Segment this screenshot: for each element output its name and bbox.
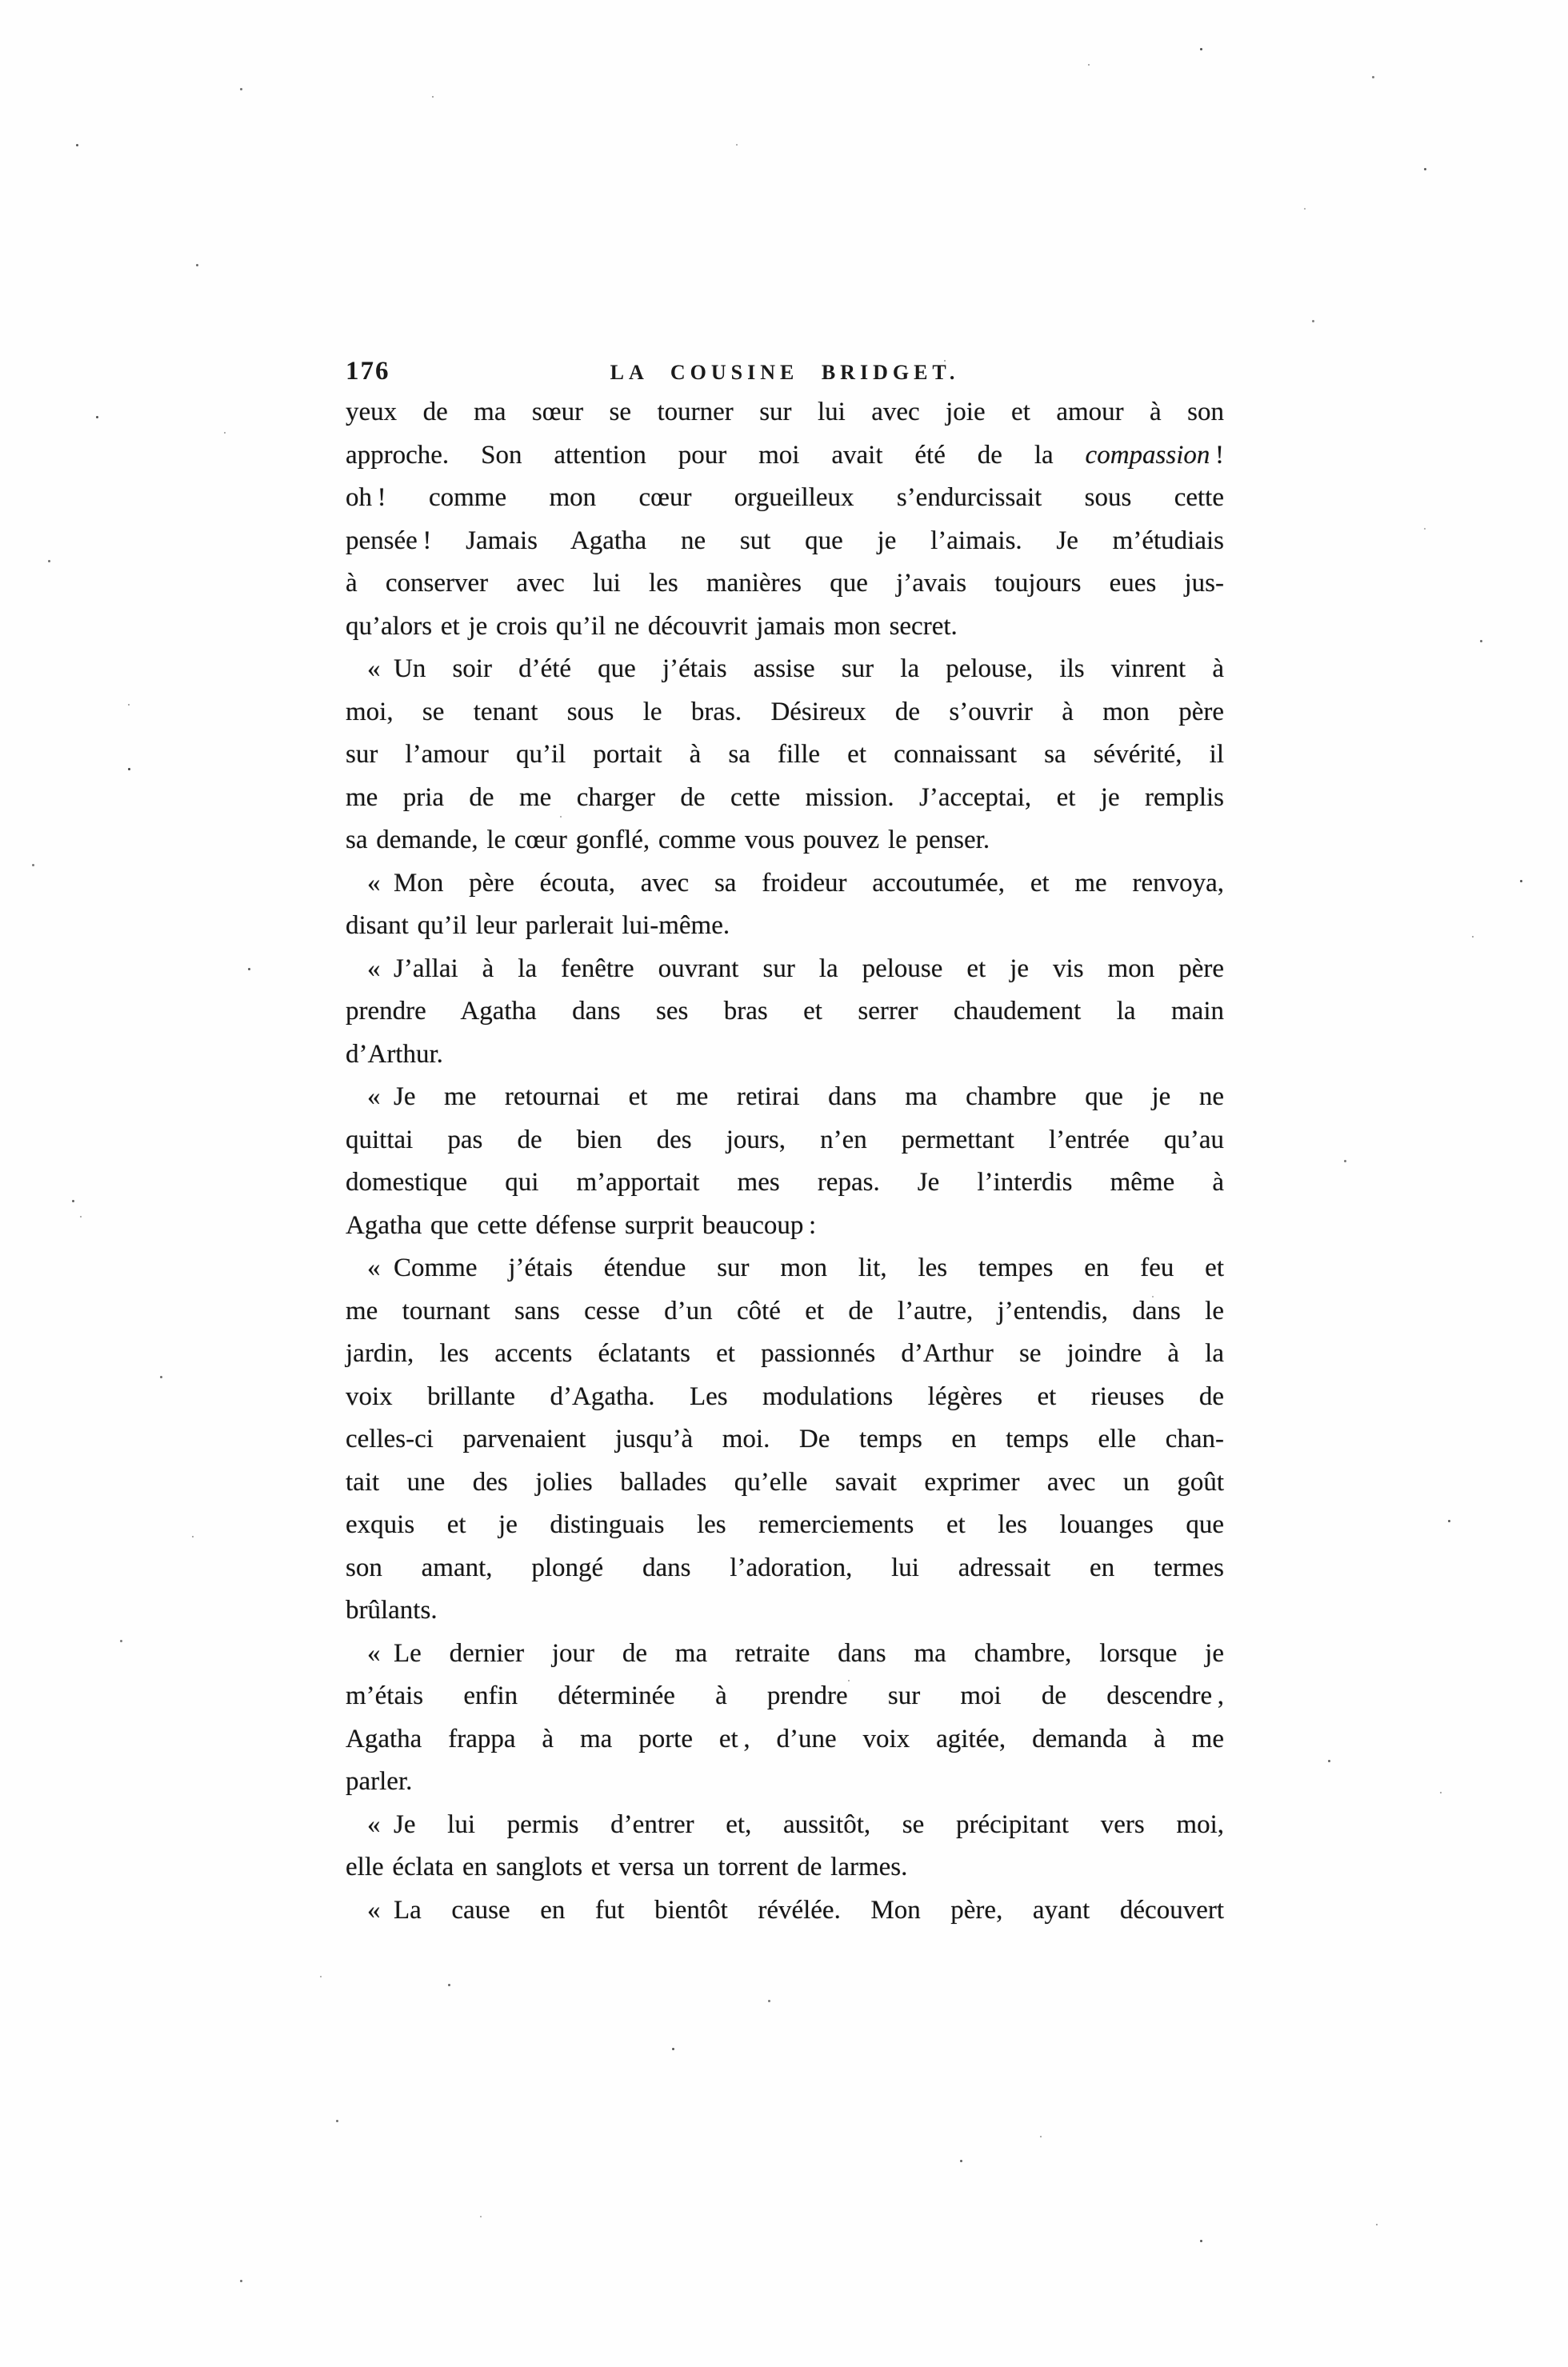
- italic-text: compassion: [1086, 441, 1210, 470]
- text-line: « Comme j’étais étendue sur mon lit, les…: [346, 1247, 1224, 1290]
- text-line: elle éclata en sanglots et versa un torr…: [346, 1846, 1224, 1889]
- text-line: celles-ci parvenaient jusqu’à moi. De te…: [346, 1418, 1224, 1461]
- text-line: oh ! comme mon cœur orgueilleux s’endurc…: [346, 477, 1224, 520]
- text-line: sa demande, le cœur gonflé, comme vous p…: [346, 819, 1224, 862]
- text-line: disant qu’il leur parlerait lui-même.: [346, 905, 1224, 948]
- text-line: sur l’amour qu’il portait à sa fille et …: [346, 734, 1224, 777]
- paragraph: « Je lui permis d’entrer et, aussitôt, s…: [346, 1804, 1224, 1889]
- body-text: yeux de ma sœur se tourner sur lui avec …: [346, 391, 1224, 1932]
- paragraph: « La cause en fut bientôt révélée. Mon p…: [346, 1889, 1224, 1933]
- paragraph: « J’allai à la fenêtre ouvrant sur la pe…: [346, 948, 1224, 1077]
- text-line: d’Arthur.: [346, 1034, 1224, 1077]
- text-line: voix brillante d’Agatha. Les modulations…: [346, 1376, 1224, 1419]
- text-line: « Je me retournai et me retirai dans ma …: [346, 1076, 1224, 1119]
- text-line: « Le dernier jour de ma retraite dans ma…: [346, 1633, 1224, 1676]
- text-line: « La cause en fut bientôt révélée. Mon p…: [346, 1889, 1224, 1933]
- text-line: Agatha frappa à ma porte et , d’une voix…: [346, 1718, 1224, 1761]
- text-line: domestique qui m’apportait mes repas. Je…: [346, 1162, 1224, 1205]
- text-segment: !: [1210, 441, 1224, 470]
- text-line: pensée ! Jamais Agatha ne sut que je l’a…: [346, 520, 1224, 563]
- paragraph: « Je me retournai et me retirai dans ma …: [346, 1076, 1224, 1247]
- text-line: jardin, les accents éclatants et passion…: [346, 1333, 1224, 1376]
- text-line: approche. Son attention pour moi avait é…: [346, 434, 1224, 478]
- text-segment: approche. Son attention pour moi avait é…: [346, 441, 1086, 470]
- text-line: m’étais enfin déterminée à prendre sur m…: [346, 1675, 1224, 1718]
- text-line: prendre Agatha dans ses bras et serrer c…: [346, 990, 1224, 1034]
- text-line: « J’allai à la fenêtre ouvrant sur la pe…: [346, 948, 1224, 991]
- running-title: LA COUSINE BRIDGET.: [346, 361, 1224, 385]
- paragraph: « Mon père écouta, avec sa froideur acco…: [346, 862, 1224, 948]
- text-line: qu’alors et je crois qu’il ne découvrit …: [346, 606, 1224, 649]
- text-line: moi, se tenant sous le bras. Désireux de…: [346, 691, 1224, 734]
- text-line: à conserver avec lui les manières que j’…: [346, 562, 1224, 606]
- text-line: « Mon père écouta, avec sa froideur acco…: [346, 862, 1224, 906]
- paragraph: « Un soir d’été que j’étais assise sur l…: [346, 648, 1224, 862]
- paragraph: yeux de ma sœur se tourner sur lui avec …: [346, 391, 1224, 648]
- text-line: quittai pas de bien des jours, n’en perm…: [346, 1119, 1224, 1162]
- text-line: Agatha que cette défense surprit beaucou…: [346, 1205, 1224, 1248]
- text-line: me pria de me charger de cette mission. …: [346, 777, 1224, 820]
- paragraph: « Comme j’étais étendue sur mon lit, les…: [346, 1247, 1224, 1633]
- paragraph: « Le dernier jour de ma retraite dans ma…: [346, 1633, 1224, 1804]
- text-line: « Je lui permis d’entrer et, aussitôt, s…: [346, 1804, 1224, 1847]
- text-line: me tournant sans cesse d’un côté et de l…: [346, 1290, 1224, 1333]
- text-line: yeux de ma sœur se tourner sur lui avec …: [346, 391, 1224, 434]
- scanned-book-page: 176 LA COUSINE BRIDGET. yeux de ma sœur …: [0, 0, 1568, 2367]
- scan-noise: [432, 96, 434, 98]
- text-line: exquis et je distinguais les remerciemen…: [346, 1504, 1224, 1547]
- text-line: tait une des jolies ballades qu’elle sav…: [346, 1461, 1224, 1505]
- text-line: parler.: [346, 1761, 1224, 1804]
- running-head: 176 LA COUSINE BRIDGET.: [346, 355, 1224, 394]
- text-line: « Un soir d’été que j’étais assise sur l…: [346, 648, 1224, 691]
- text-line: brûlants.: [346, 1589, 1224, 1633]
- text-line: son amant, plongé dans l’adoration, lui …: [346, 1547, 1224, 1590]
- scan-noise: [76, 144, 78, 146]
